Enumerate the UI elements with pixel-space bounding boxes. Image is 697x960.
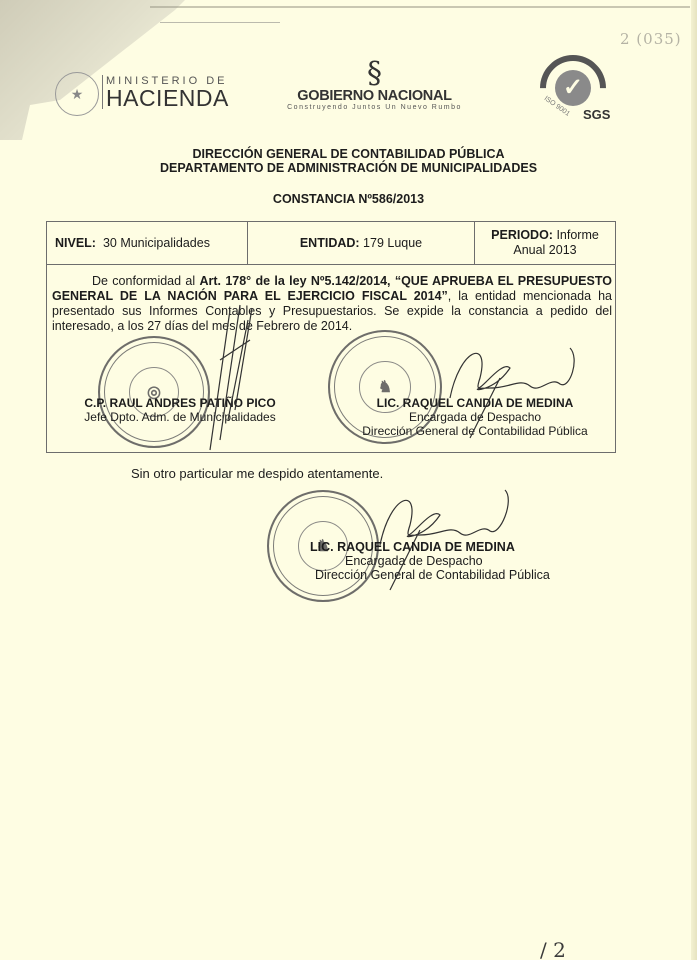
entidad-cell: ENTIDAD: 179 Luque [248, 222, 475, 264]
handwritten-footer-mark: / 2 [540, 938, 566, 960]
periodo-label: PERIODO: [491, 228, 553, 242]
government-tagline: Construyendo Juntos Un Nuevo Rumbo [287, 104, 462, 111]
periodo-value-2: Anual 2013 [513, 243, 576, 258]
scan-line [150, 6, 690, 8]
info-row: NIVEL: 30 Municipalidades ENTIDAD: 179 L… [47, 222, 615, 265]
certificate-body: De conformidad al Art. 178° de la ley Nº… [47, 265, 615, 334]
heading-direccion: DIRECCIÓN GENERAL DE CONTABILIDAD PÚBLIC… [0, 147, 697, 161]
ministry-big-text: HACIENDA [106, 87, 229, 109]
folded-corner [0, 0, 200, 140]
periodo-cell: PERIODO: Informe Anual 2013 [475, 222, 615, 264]
heading-departamento: DEPARTAMENTO DE ADMINISTRACIÓN DE MUNICI… [0, 161, 697, 175]
closing-signer-title2: Dirección General de Contabilidad Públic… [300, 568, 640, 582]
signer-right-title1: Encargada de Despacho [340, 410, 610, 424]
closing-signer-title1: Encargada de Despacho [300, 554, 640, 568]
signature-block-right: LIC. RAQUEL CANDIA DE MEDINA Encargada d… [340, 396, 610, 438]
ministry-logo: MINISTERIO DE HACIENDA [102, 75, 229, 109]
entidad-label: ENTIDAD: [300, 236, 360, 250]
body-intro: De conformidad al [92, 274, 199, 288]
signer-right-title2: Dirección General de Contabilidad Públic… [340, 424, 610, 438]
government-name: GOBIERNO NACIONAL [287, 88, 462, 104]
signer-right-name: LIC. RAQUEL CANDIA DE MEDINA [340, 396, 610, 410]
nivel-cell: NIVEL: 30 Municipalidades [47, 222, 248, 264]
sgs-label: SGS [583, 107, 610, 122]
handwritten-note: 2 (035) [620, 30, 682, 48]
entidad-value: 179 Luque [363, 236, 422, 250]
closing-remark: Sin otro particular me despido atentamen… [131, 466, 383, 481]
nivel-value: 30 Municipalidades [103, 236, 210, 250]
scan-line [160, 22, 280, 23]
national-seal-icon: ★ [55, 72, 99, 116]
checkmark-icon: ✓ [555, 70, 591, 106]
government-logo: § GOBIERNO NACIONAL Construyendo Juntos … [287, 60, 462, 111]
flame-icon: § [287, 60, 462, 88]
periodo-value-1: Informe [556, 228, 598, 242]
nivel-label: NIVEL: [55, 236, 96, 250]
signer-left-name: C.P. RAUL ANDRES PATIÑO PICO [60, 396, 300, 410]
ministry-stamp-left: ◎ [98, 336, 210, 448]
closing-signer-name: LIC. RAQUEL CANDIA DE MEDINA [300, 540, 640, 554]
sgs-certification-logo: ✓ ISO 9001 SGS [540, 55, 610, 125]
signer-left-title: Jefe Dpto. Adm. de Municipalidades [60, 410, 300, 424]
closing-signature-block: LIC. RAQUEL CANDIA DE MEDINA Encargada d… [270, 540, 640, 582]
signature-block-left: C.P. RAUL ANDRES PATIÑO PICO Jefe Dpto. … [60, 396, 300, 424]
document-headings: DIRECCIÓN GENERAL DE CONTABILIDAD PÚBLIC… [0, 147, 697, 175]
page-edge [691, 0, 697, 960]
constancia-number: CONSTANCIA Nº586/2013 [0, 192, 697, 206]
